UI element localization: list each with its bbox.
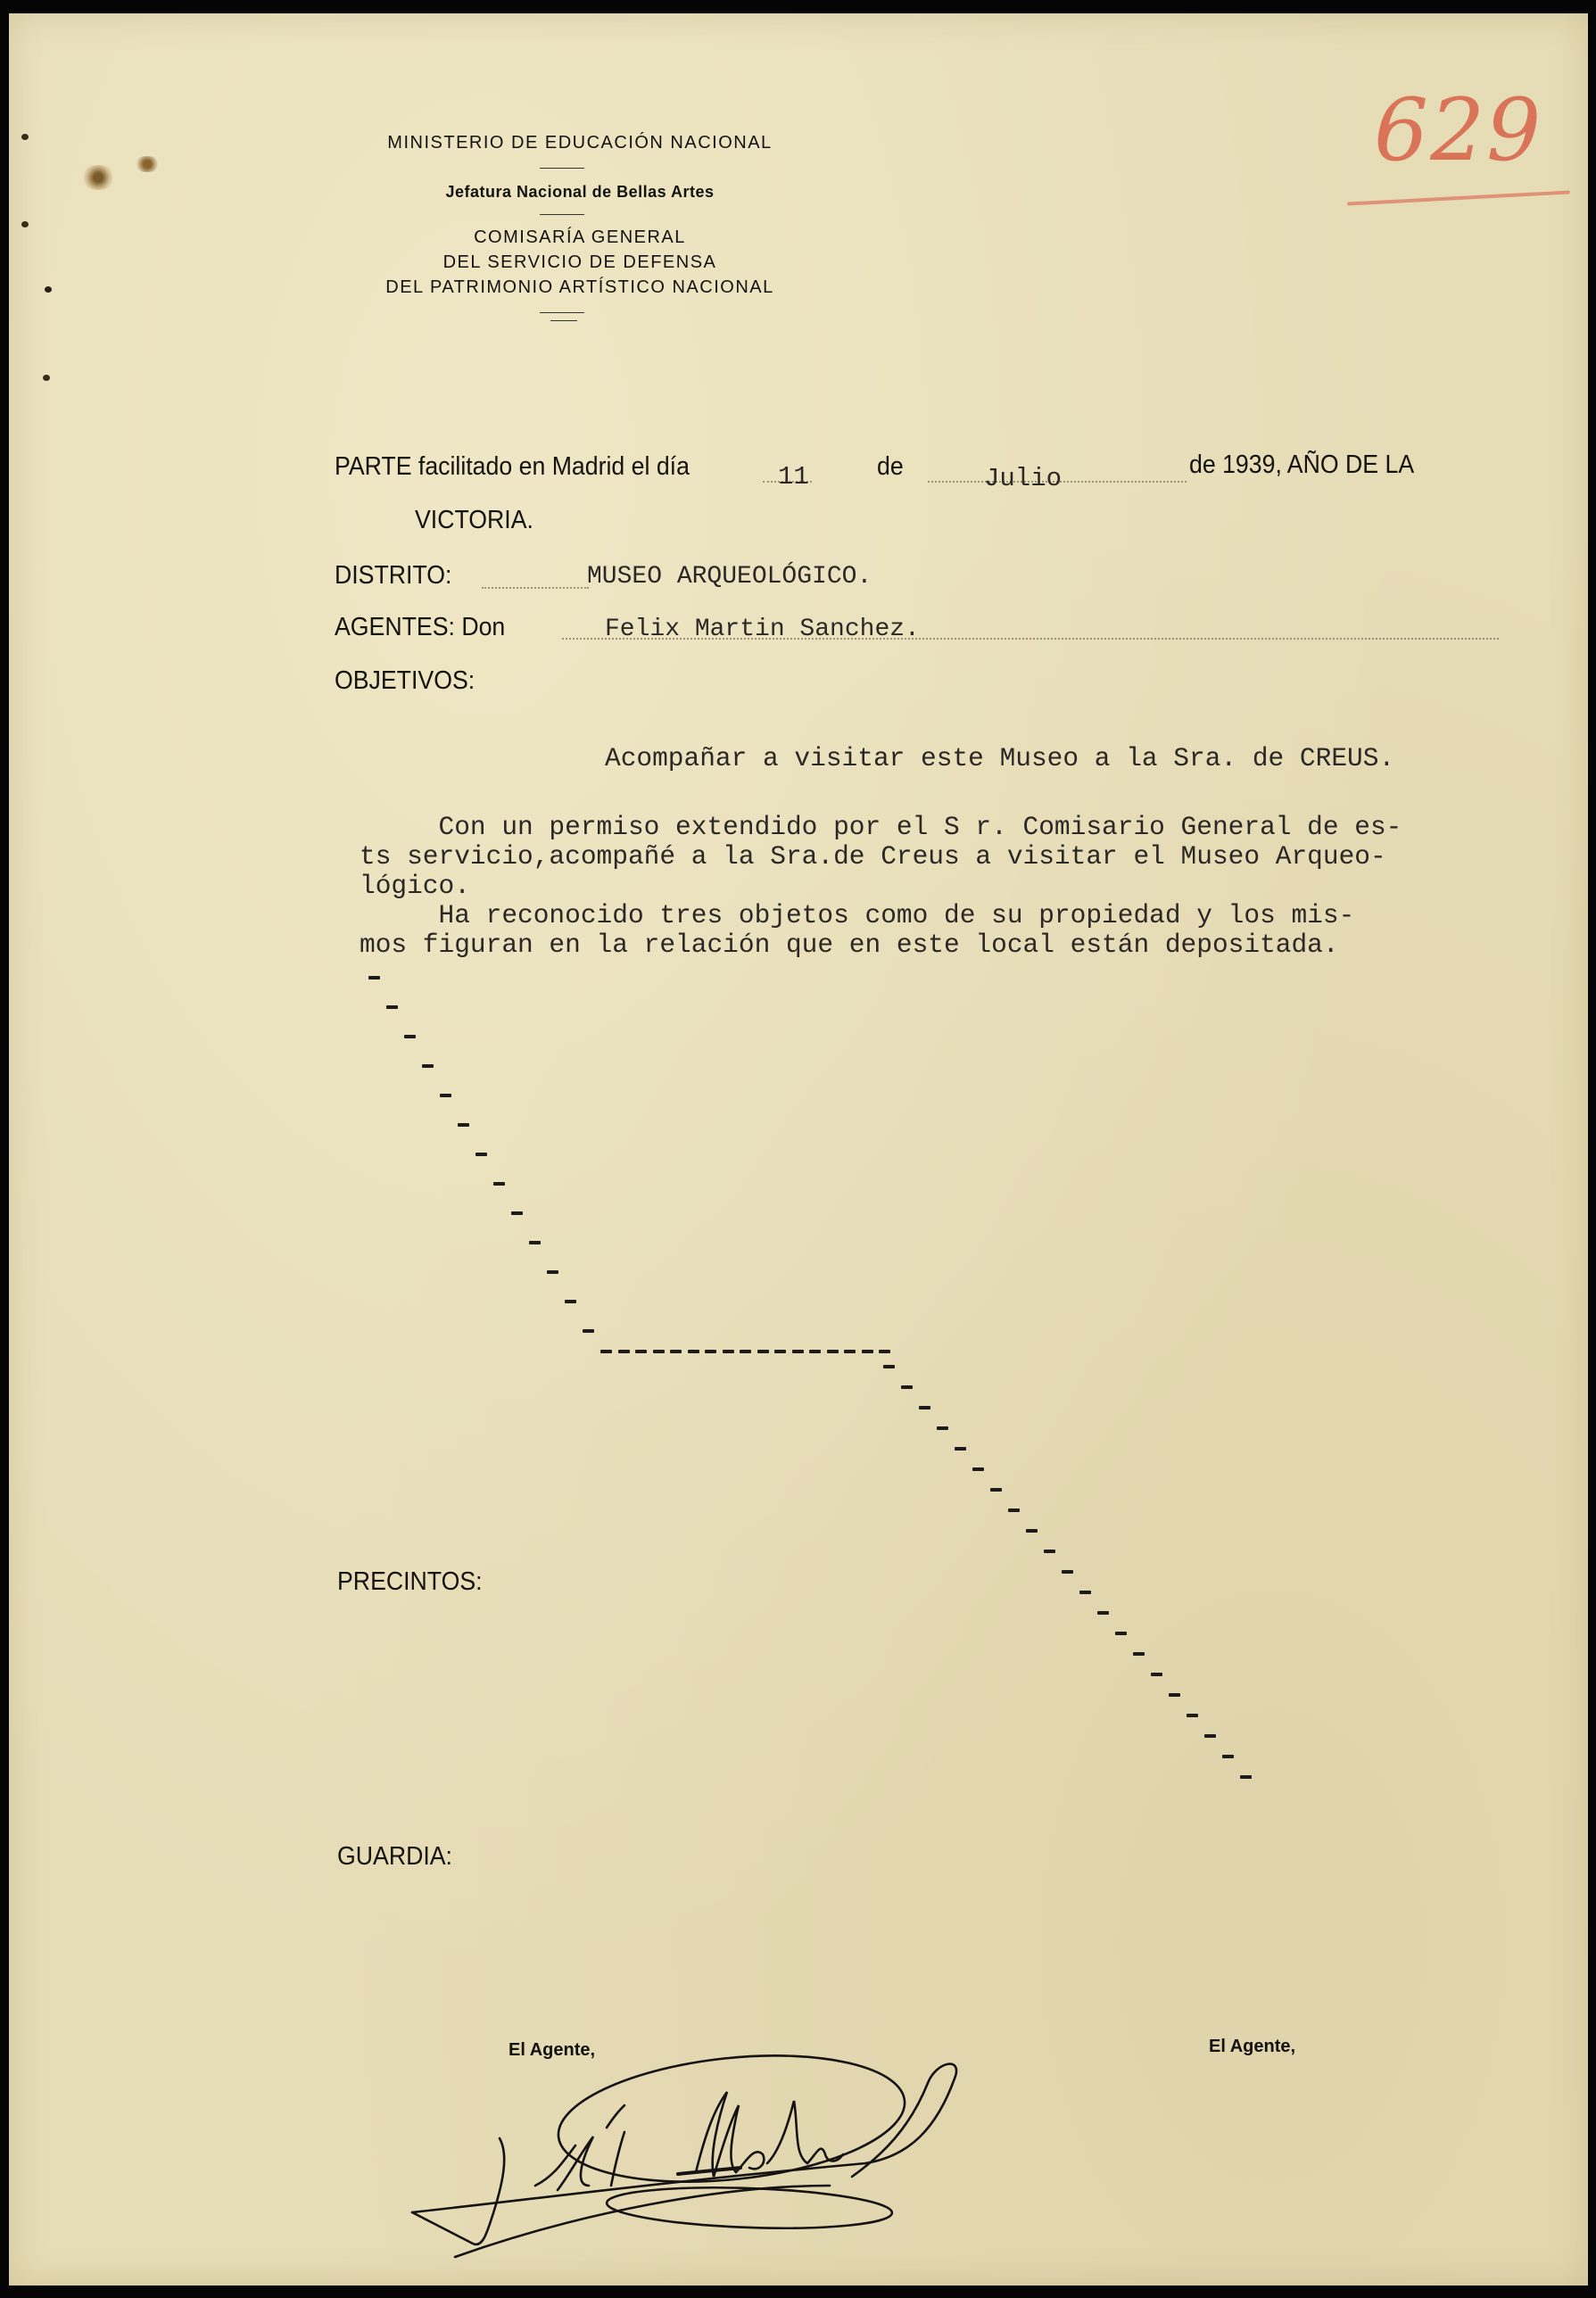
- seals-label: PRECINTOS:: [337, 1567, 483, 1597]
- dash-mark: [705, 1350, 716, 1353]
- dash-mark: [1169, 1693, 1180, 1697]
- dash-mark: [635, 1350, 647, 1353]
- dash-mark: [458, 1123, 469, 1127]
- dash-mark: [937, 1426, 948, 1430]
- objective-text: Acompañar a visitar este Museo a la Sra.…: [605, 743, 1394, 773]
- agents-label: AGENTES: Don: [335, 613, 505, 642]
- dash-mark: [475, 1153, 487, 1156]
- dash-mark: [792, 1350, 804, 1353]
- dash-mark: [774, 1350, 786, 1353]
- letterhead-commission-line-1: COMISARÍA GENERAL: [317, 227, 843, 248]
- dash-mark: [1097, 1611, 1109, 1615]
- dash-mark: [919, 1406, 930, 1409]
- dash-mark: [1151, 1673, 1162, 1676]
- report-body-line: ts servicio,acompañé a la Sra.de Creus a…: [360, 842, 1555, 872]
- agents-value: Felix Martin Sanchez.: [605, 616, 920, 643]
- report-body-line: Con un permiso extendido por el S r. Com…: [360, 813, 1555, 842]
- dash-mark: [862, 1350, 873, 1353]
- dash-mark: [547, 1270, 558, 1274]
- dash-mark: [1187, 1714, 1198, 1717]
- stain-mark: [134, 156, 161, 172]
- dash-mark: [844, 1350, 856, 1353]
- report-body-line: mos figuran en la relación que en este l…: [360, 930, 1555, 960]
- folio-underline: [1347, 190, 1570, 205]
- dash-mark: [1008, 1509, 1020, 1512]
- fill-line: [482, 587, 589, 589]
- dash-mark: [757, 1350, 769, 1353]
- report-body-line: lógico.: [360, 872, 1555, 901]
- dash-mark: [809, 1350, 821, 1353]
- objectives-label: OBJETIVOS:: [335, 666, 475, 696]
- dash-mark: [990, 1488, 1002, 1492]
- punch-hole-mark: [45, 286, 52, 293]
- district-label: DISTRITO:: [335, 561, 451, 591]
- dash-mark: [879, 1350, 890, 1353]
- dash-mark: [1026, 1529, 1038, 1533]
- dash-mark: [740, 1350, 751, 1353]
- signature-right-label: El Agente,: [1209, 2037, 1295, 2057]
- stain-mark: [80, 165, 116, 190]
- dash-mark: [583, 1329, 594, 1333]
- dash-mark: [1240, 1775, 1252, 1779]
- punch-hole-mark: [43, 375, 50, 381]
- dash-mark: [723, 1350, 734, 1353]
- letterhead-commission-line-3: DEL PATRIMONIO ARTÍSTICO NACIONAL: [317, 277, 843, 298]
- dash-mark: [1079, 1591, 1091, 1594]
- dash-mark: [1222, 1755, 1234, 1758]
- dash-mark: [688, 1350, 699, 1353]
- punch-hole-mark: [21, 134, 29, 140]
- dash-mark: [618, 1350, 630, 1353]
- dash-mark: [670, 1350, 682, 1353]
- letterhead-divider: [550, 320, 577, 321]
- letterhead-commission-line-2: DEL SERVICIO DE DEFENSA: [317, 252, 843, 273]
- dash-mark: [1044, 1550, 1055, 1553]
- dash-mark: [440, 1094, 451, 1097]
- dash-mark: [600, 1350, 612, 1353]
- dash-mark: [368, 976, 380, 980]
- punch-hole-mark: [21, 221, 29, 227]
- document-page: 629 MINISTERIO DE EDUCACIÓN NACIONAL Jef…: [9, 13, 1588, 2286]
- letterhead-ministry: MINISTERIO DE EDUCACIÓN NACIONAL: [317, 133, 843, 153]
- dash-mark: [529, 1241, 541, 1244]
- report-year-label: de 1939, AÑO DE LA: [1189, 451, 1414, 480]
- dash-mark: [422, 1064, 434, 1068]
- handwritten-signature: [401, 2029, 990, 2279]
- dash-mark: [404, 1035, 416, 1038]
- dash-mark: [1133, 1652, 1145, 1656]
- dash-mark: [565, 1300, 576, 1303]
- report-body-line: Ha reconocido tres objetos como de su pr…: [360, 901, 1555, 930]
- report-intro-label: PARTE facilitado en Madrid el día: [335, 452, 690, 482]
- report-month-value: Julio: [984, 464, 1062, 493]
- dash-mark: [883, 1365, 895, 1368]
- letterhead-divider: [540, 214, 584, 215]
- dash-mark: [1115, 1632, 1127, 1635]
- report-day-value: 11: [778, 462, 809, 492]
- dash-mark: [1204, 1734, 1216, 1738]
- dash-mark: [493, 1182, 505, 1186]
- dash-mark: [511, 1211, 523, 1215]
- report-de-label: de: [877, 452, 904, 482]
- dash-mark: [386, 1005, 398, 1009]
- district-value: MUSEO ARQUEOLÓGICO.: [587, 563, 872, 591]
- dash-mark: [955, 1447, 966, 1451]
- dash-mark: [1062, 1570, 1073, 1574]
- letterhead-divider: [540, 312, 584, 313]
- guard-label: GUARDIA:: [337, 1842, 452, 1872]
- dash-mark: [901, 1385, 913, 1389]
- dash-mark: [653, 1350, 665, 1353]
- report-year-label-line2: VICTORIA.: [415, 506, 533, 535]
- folio-number: 629: [1374, 80, 1542, 180]
- dash-mark: [827, 1350, 839, 1353]
- dash-mark: [972, 1467, 984, 1471]
- letterhead-divider: [540, 168, 584, 169]
- letterhead-department: Jefatura Nacional de Bellas Artes: [317, 183, 843, 202]
